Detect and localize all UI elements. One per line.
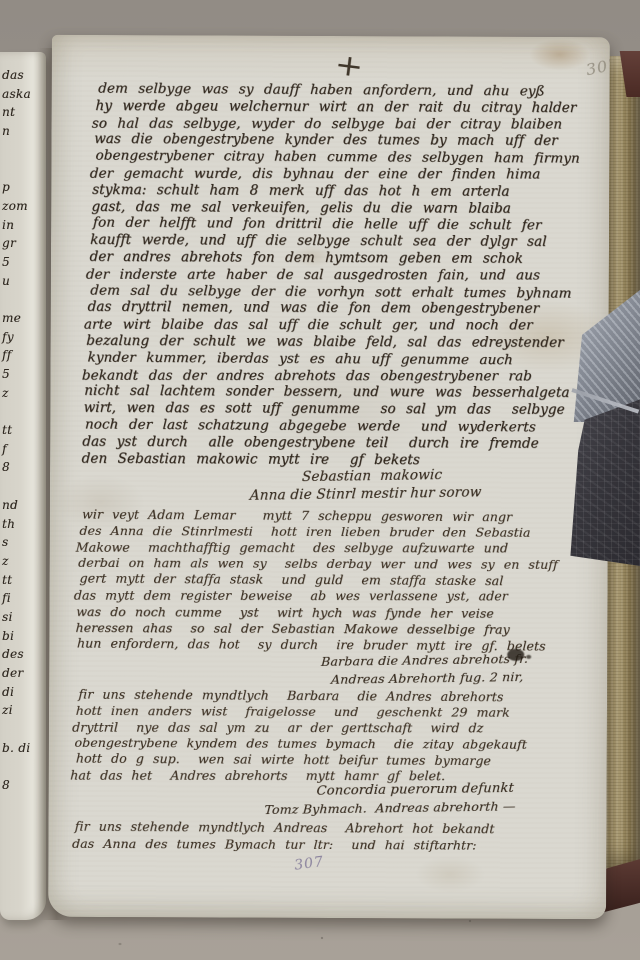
manuscript-line: der andres abrehots fon dem hymtsom gebe… bbox=[89, 249, 575, 268]
ink-blot bbox=[507, 649, 524, 661]
attestation-1-name-1: Sebastian makowic bbox=[301, 467, 442, 485]
manuscript-line: fir uns stehende myndtlych Barbara die A… bbox=[78, 686, 531, 705]
manuscript-line: das Anna des tumes Bymach tur ltr: und h… bbox=[72, 835, 492, 853]
manuscript-line: den Sebastian makowic mytt ire gf bekets bbox=[81, 450, 567, 469]
manuscript-line: dryttril nye das sal ym zu ar der gertts… bbox=[72, 719, 525, 736]
manuscript-line: stykma: schult ham 8 merk uff das hot h … bbox=[92, 182, 578, 201]
manuscript-line: wir veyt Adam Lemar mytt 7 scheppu geswo… bbox=[82, 506, 562, 525]
manuscript-line: so hal das selbyge, wyder do selbyge bai… bbox=[91, 115, 577, 133]
manuscript-line: das yst durch alle obengestrybene teil d… bbox=[82, 434, 568, 453]
manuscript-line: bekandt das der andres abrehots das oben… bbox=[82, 367, 568, 385]
paragraph-2: wir veyt Adam Lemar mytt 7 scheppu geswo… bbox=[75, 507, 560, 654]
folio-number-bottom: 307 bbox=[293, 854, 325, 874]
manuscript-line: Makowe machthafftig gemacht des selbyge … bbox=[75, 540, 555, 557]
manuscript-line: fir uns stehende myndtlych Andreas Abreh… bbox=[74, 818, 494, 837]
manuscript-line: obengestrybener citray haben cumme des s… bbox=[95, 148, 581, 168]
paragraph-3: fir uns stehende myndtlych Barbara die A… bbox=[73, 687, 529, 785]
manuscript-line: kaufft werde, und uff die selbyge schult… bbox=[90, 232, 576, 251]
manuscript-line: das dryttril nemen, und was die fon dem … bbox=[87, 299, 573, 318]
manuscript-line: hy werde abgeu welchernur wirt an der ra… bbox=[95, 98, 581, 117]
attestation-3-name-2: Tomz Byhmach. Andreas abrehorth — bbox=[264, 798, 516, 817]
manuscript-line: noch der last schatzung abgegebe werde u… bbox=[85, 416, 571, 436]
manuscript-line: kynder kummer, iberdas yst es ahu uff ge… bbox=[87, 349, 573, 369]
manuscript-line: arte wirt blaibe das sal uff die schult … bbox=[84, 317, 570, 335]
manuscript-line: der inderste arte haber de sal ausgedros… bbox=[86, 266, 572, 284]
attestation-2-name-2: Andreas Abrehorth fug. 2 nir, bbox=[331, 669, 524, 687]
manuscript-line: was do noch cumme yst wirt hych was fynd… bbox=[76, 603, 556, 621]
paragraph-4: fir uns stehende myndtlych Andreas Abreh… bbox=[72, 819, 493, 854]
manuscript-line: dem sal du selbyge der die vorhyn sott e… bbox=[90, 282, 576, 302]
manuscript-line: der gemacht wurde, dis byhnau der eine d… bbox=[90, 166, 576, 184]
manuscript-line: hott do g sup. wen sai wirte hott beifur… bbox=[76, 750, 529, 769]
attestation-3-name-1: Concordia puerorum defunkt bbox=[316, 781, 514, 799]
attestation-1-name-2: Anna die Stinrl mestir hur sorow bbox=[249, 484, 482, 503]
manuscript-line: des Anna die Stinrlmesti hott iren liebe… bbox=[79, 523, 559, 541]
manuscript-line: das mytt dem register beweise ab wes ver… bbox=[74, 588, 554, 605]
folio-number-top: 307 bbox=[584, 54, 610, 79]
manuscript-line: nicht sal lachtem sonder bessern, und wu… bbox=[84, 383, 570, 402]
manuscript-photo: dasaskantnpzomingr5umefyff5zttf8ndthsztt… bbox=[0, 0, 640, 960]
manuscript-line: dem selbyge was sy dauff haben anfordern… bbox=[98, 80, 584, 100]
cross-mark: + bbox=[333, 47, 366, 84]
paragraph-1: dem selbyge was sy dauff haben anfordern… bbox=[81, 81, 581, 469]
attestation-2-name-1: Barbara die Andres abrehots fr. bbox=[321, 651, 529, 669]
manuscript-page: + 307 dem selbyge was sy dauff haben anf… bbox=[48, 35, 610, 919]
ink-blot-small bbox=[526, 655, 531, 659]
manuscript-line: hott inen anders wist fraigelosse und ge… bbox=[76, 703, 529, 721]
